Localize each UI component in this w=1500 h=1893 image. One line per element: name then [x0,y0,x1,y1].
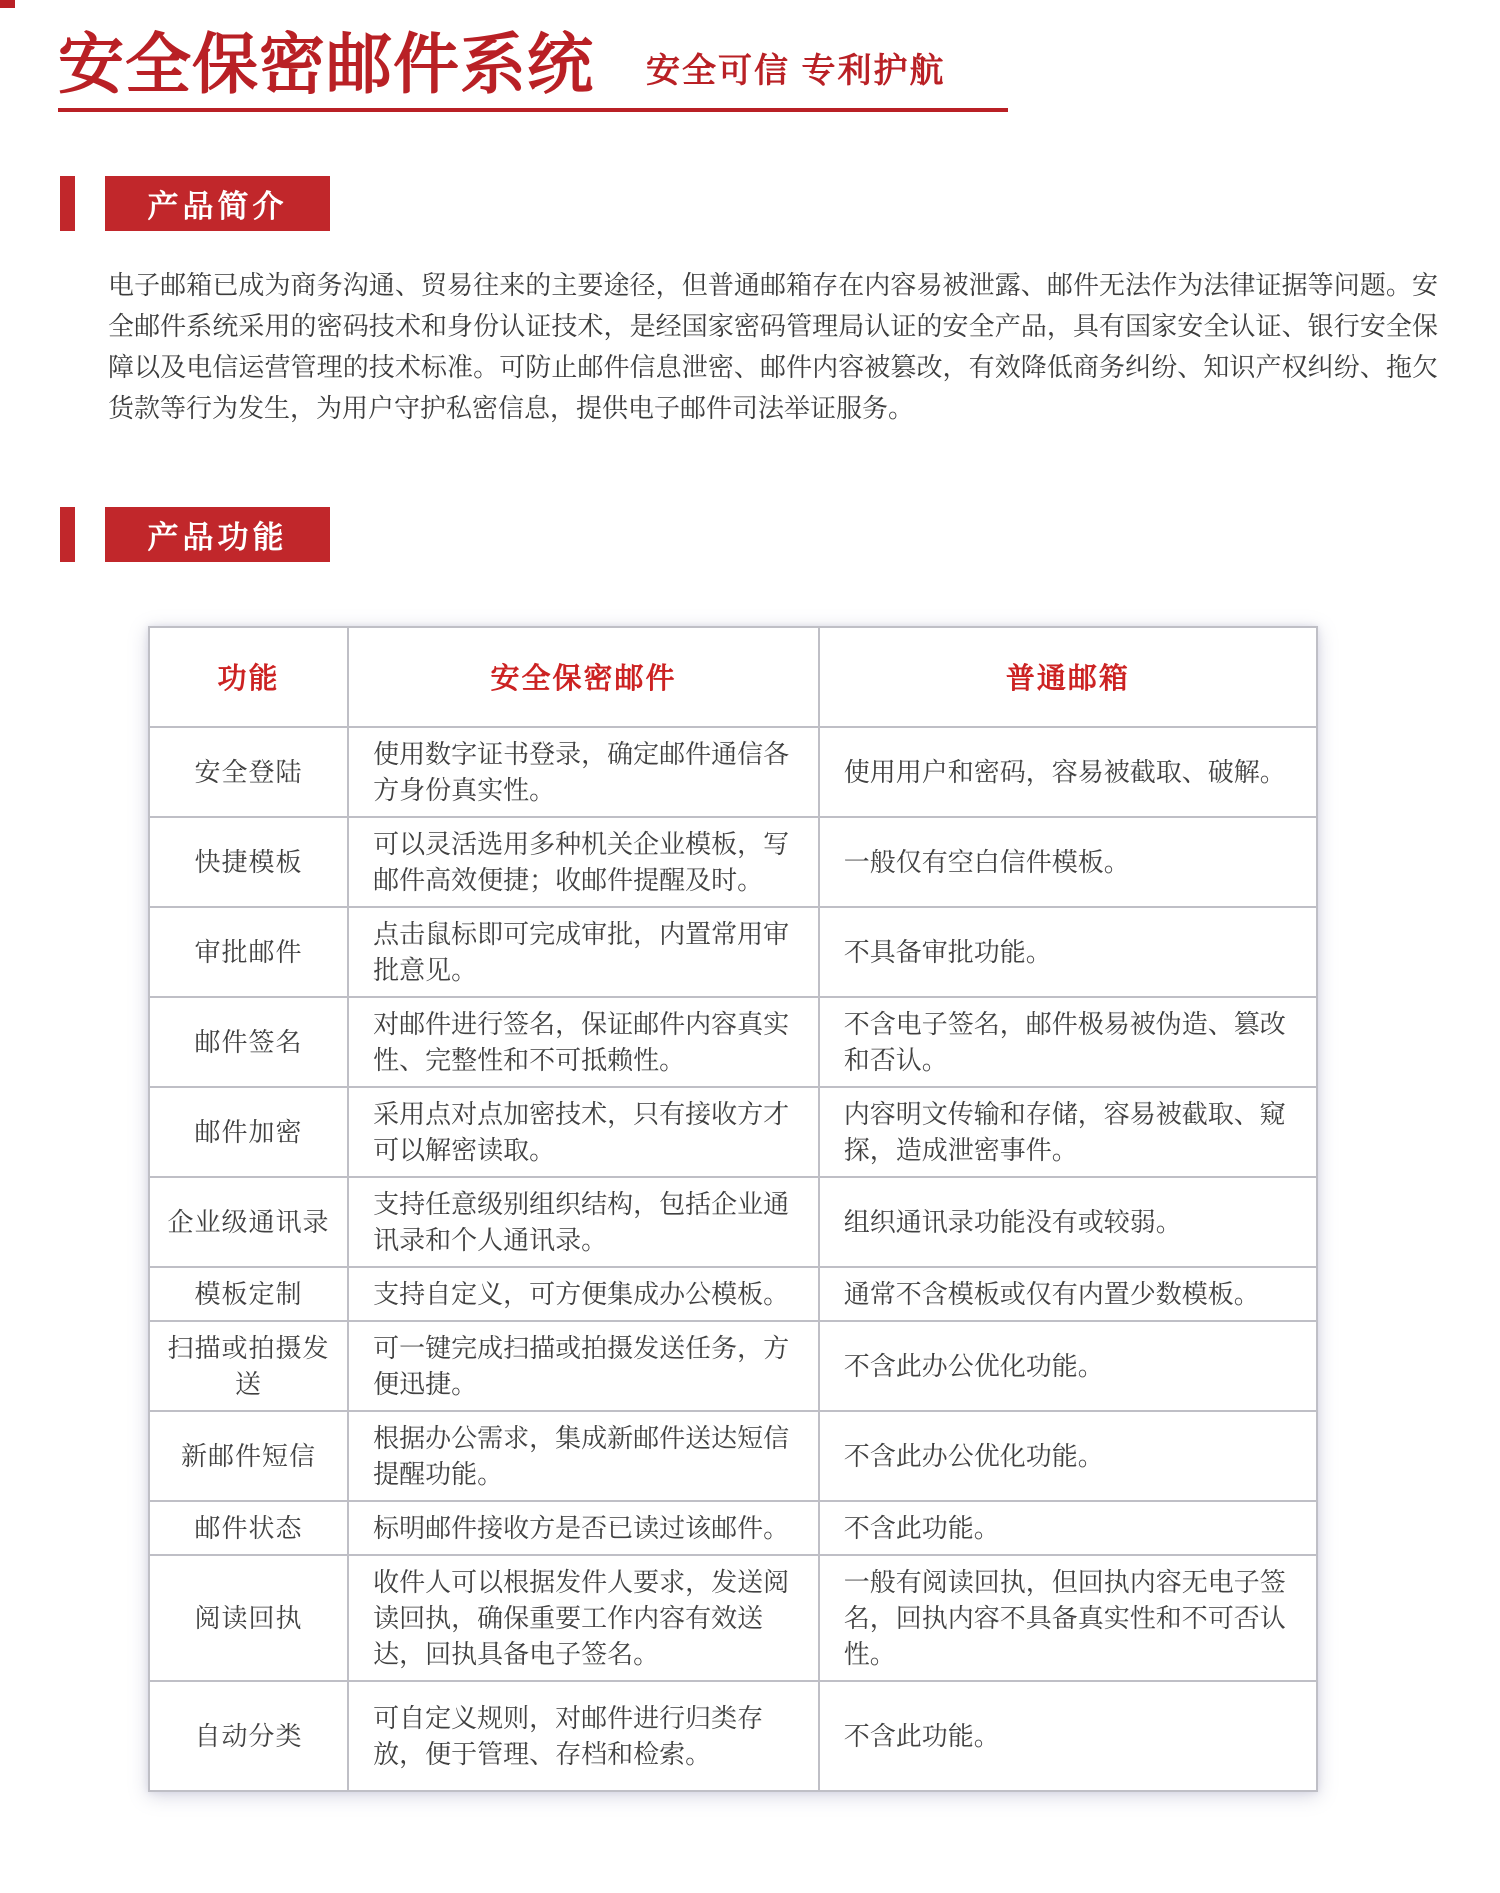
table-row: 邮件加密 采用点对点加密技术，只有接收方才可以解密读取。 内容明文传输和存储，容… [149,1087,1317,1177]
table-row: 阅读回执 收件人可以根据发件人要求，发送阅读回执，确保重要工作内容有效送达，回执… [149,1555,1317,1681]
secure-mail-cell: 根据办公需求，集成新邮件送达短信提醒功能。 [348,1411,819,1501]
feature-name-cell: 邮件状态 [149,1501,348,1555]
page: { "colors": { "brand_red": "#b92025", "h… [0,0,1500,1893]
table-row: 邮件签名 对邮件进行签名，保证邮件内容真实性、完整性和不可抵赖性。 不含电子签名… [149,997,1317,1087]
ordinary-mail-cell: 一般有阅读回执，但回执内容无电子签名，回执内容不具备真实性和不可否认性。 [819,1555,1317,1681]
secure-mail-cell: 支持自定义，可方便集成办公模板。 [348,1267,819,1321]
feature-name-cell: 阅读回执 [149,1555,348,1681]
table-row: 模板定制 支持自定义，可方便集成办公模板。 通常不含模板或仅有内置少数模板。 [149,1267,1317,1321]
secure-mail-cell: 点击鼠标即可完成审批，内置常用审批意见。 [348,907,819,997]
feature-name-cell: 新邮件短信 [149,1411,348,1501]
feature-name-cell: 安全登陆 [149,727,348,817]
table-header-row: 功能 安全保密邮件 普通邮箱 [149,627,1317,727]
ordinary-mail-cell: 不含此功能。 [819,1681,1317,1791]
feature-name-cell: 企业级通讯录 [149,1177,348,1267]
feature-name-cell: 邮件加密 [149,1087,348,1177]
table-row: 自动分类 可自定义规则，对邮件进行归类存放，便于管理、存档和检索。 不含此功能。 [149,1681,1317,1791]
feature-name-cell: 模板定制 [149,1267,348,1321]
feature-name-cell: 快捷模板 [149,817,348,907]
page-header: 安全保密邮件系统 安全可信 专利护航 [58,30,1500,99]
column-header-secure-mail: 安全保密邮件 [348,627,819,727]
secure-mail-cell: 收件人可以根据发件人要求，发送阅读回执，确保重要工作内容有效送达，回执具备电子签… [348,1555,819,1681]
table-row: 快捷模板 可以灵活选用多种机关企业模板，写邮件高效便捷；收邮件提醒及时。 一般仅… [149,817,1317,907]
intro-heading-box: 产品简介 [105,176,330,231]
feature-comparison-table: 功能 安全保密邮件 普通邮箱 安全登陆 使用数字证书登录，确定邮件通信各方身份真… [148,626,1318,1792]
table-row: 扫描或拍摄发送 可一键完成扫描或拍摄发送任务，方便迅捷。 不含此办公优化功能。 [149,1321,1317,1411]
table-row: 新邮件短信 根据办公需求，集成新邮件送达短信提醒功能。 不含此办公优化功能。 [149,1411,1317,1501]
ordinary-mail-cell: 一般仅有空白信件模板。 [819,817,1317,907]
ordinary-mail-cell: 内容明文传输和存储，容易被截取、窥探，造成泄密事件。 [819,1087,1317,1177]
features-heading-box: 产品功能 [105,507,330,562]
feature-name-cell: 审批邮件 [149,907,348,997]
ordinary-mail-cell: 组织通讯录功能没有或较弱。 [819,1177,1317,1267]
feature-name-cell: 扫描或拍摄发送 [149,1321,348,1411]
ordinary-mail-cell: 不含此办公优化功能。 [819,1411,1317,1501]
section-heading-features: 产品功能 [60,507,1500,562]
ordinary-mail-cell: 不含电子签名，邮件极易被伪造、篡改和否认。 [819,997,1317,1087]
table-row: 安全登陆 使用数字证书登录，确定邮件通信各方身份真实性。 使用用户和密码，容易被… [149,727,1317,817]
table-row: 邮件状态 标明邮件接收方是否已读过该邮件。 不含此功能。 [149,1501,1317,1555]
secure-mail-cell: 标明邮件接收方是否已读过该邮件。 [348,1501,819,1555]
secure-mail-cell: 可自定义规则，对邮件进行归类存放，便于管理、存档和检索。 [348,1681,819,1791]
secure-mail-cell: 可以灵活选用多种机关企业模板，写邮件高效便捷；收邮件提醒及时。 [348,817,819,907]
intro-paragraph: 电子邮箱已成为商务沟通、贸易往来的主要途径，但普通邮箱存在内容易被泄露、邮件无法… [108,265,1438,429]
corner-mark [0,0,15,8]
ordinary-mail-cell: 使用用户和密码，容易被截取、破解。 [819,727,1317,817]
secure-mail-cell: 可一键完成扫描或拍摄发送任务，方便迅捷。 [348,1321,819,1411]
ordinary-mail-cell: 不含此功能。 [819,1501,1317,1555]
accent-bar [60,176,75,231]
section-heading-intro: 产品简介 [60,176,1500,231]
secure-mail-cell: 支持任意级别组织结构，包括企业通讯录和个人通讯录。 [348,1177,819,1267]
column-header-feature: 功能 [149,627,348,727]
ordinary-mail-cell: 不具备审批功能。 [819,907,1317,997]
intro-heading-label: 产品简介 [148,181,288,226]
secure-mail-cell: 使用数字证书登录，确定邮件通信各方身份真实性。 [348,727,819,817]
table-row: 审批邮件 点击鼠标即可完成审批，内置常用审批意见。 不具备审批功能。 [149,907,1317,997]
secure-mail-cell: 采用点对点加密技术，只有接收方才可以解密读取。 [348,1087,819,1177]
ordinary-mail-cell: 通常不含模板或仅有内置少数模板。 [819,1267,1317,1321]
secure-mail-cell: 对邮件进行签名，保证邮件内容真实性、完整性和不可抵赖性。 [348,997,819,1087]
page-title: 安全保密邮件系统 [58,30,594,99]
table-row: 企业级通讯录 支持任意级别组织结构，包括企业通讯录和个人通讯录。 组织通讯录功能… [149,1177,1317,1267]
ordinary-mail-cell: 不含此办公优化功能。 [819,1321,1317,1411]
features-heading-label: 产品功能 [148,512,288,557]
feature-name-cell: 自动分类 [149,1681,348,1791]
title-underline [58,108,1008,112]
page-subtitle: 安全可信 专利护航 [646,43,945,99]
column-header-ordinary-mail: 普通邮箱 [819,627,1317,727]
accent-bar [60,507,75,562]
feature-name-cell: 邮件签名 [149,997,348,1087]
